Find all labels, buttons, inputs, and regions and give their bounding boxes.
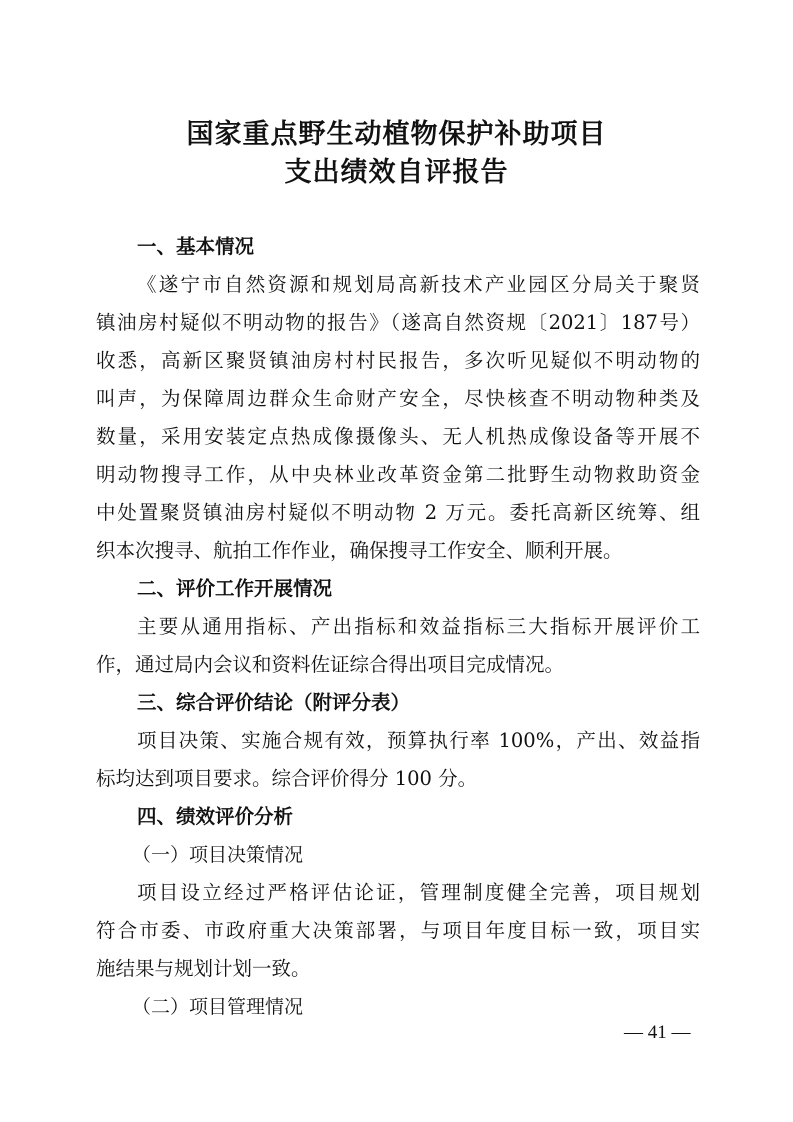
document-title-line2: 支出绩效自评报告 [0, 150, 793, 189]
paragraph-line: 项目设立经过严格评估论证，管理制度健全完善，项目规划 [137, 880, 700, 906]
subsection-heading-decision: （一）项目决策情况 [132, 842, 736, 868]
paragraph-line: 标均达到项目要求。综合评价得分 100 分。 [96, 766, 700, 792]
paragraph-line: 数量，采用安装定点热成像摄像头、无人机热成像设备等开展不 [96, 424, 700, 450]
section-heading-basic-info: 一、基本情况 [137, 234, 700, 260]
paragraph-line: 中处置聚贤镇油房村疑似不明动物 2 万元。委托高新区统筹、组 [96, 500, 700, 526]
paragraph-line: 符合市委、市政府重大决策部署，与项目年度目标一致，项目实 [96, 918, 700, 944]
paragraph-line: 叫声，为保障周边群众生命财产安全，尽快核查不明动物种类及 [96, 386, 700, 412]
paragraph-line: 织本次搜寻、航拍工作作业，确保搜寻工作安全、顺利开展。 [96, 538, 700, 564]
document-page: 国家重点野生动植物保护补助项目 支出绩效自评报告 一、基本情况 《遂宁市自然资源… [0, 0, 793, 1122]
paragraph-line: 明动物搜寻工作，从中央林业改革资金第二批野生动物救助资金 [96, 462, 700, 488]
paragraph-line: 《遂宁市自然资源和规划局高新技术产业园区分局关于聚贤 [137, 272, 700, 298]
paragraph-line: 主要从通用指标、产出指标和效益指标三大指标开展评价工 [137, 614, 700, 640]
section-heading-analysis: 四、绩效评价分析 [137, 804, 700, 830]
paragraph-line: 镇油房村疑似不明动物的报告》（遂高自然资规〔2021〕187号） [96, 310, 700, 336]
document-title-line1: 国家重点野生动植物保护补助项目 [0, 112, 793, 151]
paragraph-line: 项目决策、实施合规有效，预算执行率 100%，产出、效益指 [137, 728, 700, 754]
subsection-heading-management: （二）项目管理情况 [132, 994, 736, 1020]
section-heading-evaluation-work: 二、评价工作开展情况 [137, 576, 700, 602]
paragraph-line: 作，通过局内会议和资料佐证综合得出项目完成情况。 [96, 652, 700, 678]
paragraph-line: 施结果与规划计划一致。 [96, 956, 700, 982]
paragraph-line: 收悉，高新区聚贤镇油房村村民报告，多次听见疑似不明动物的 [96, 348, 700, 374]
page-number: — 41 — [624, 1022, 691, 1044]
section-heading-conclusion: 三、综合评价结论（附评分表） [137, 690, 700, 716]
